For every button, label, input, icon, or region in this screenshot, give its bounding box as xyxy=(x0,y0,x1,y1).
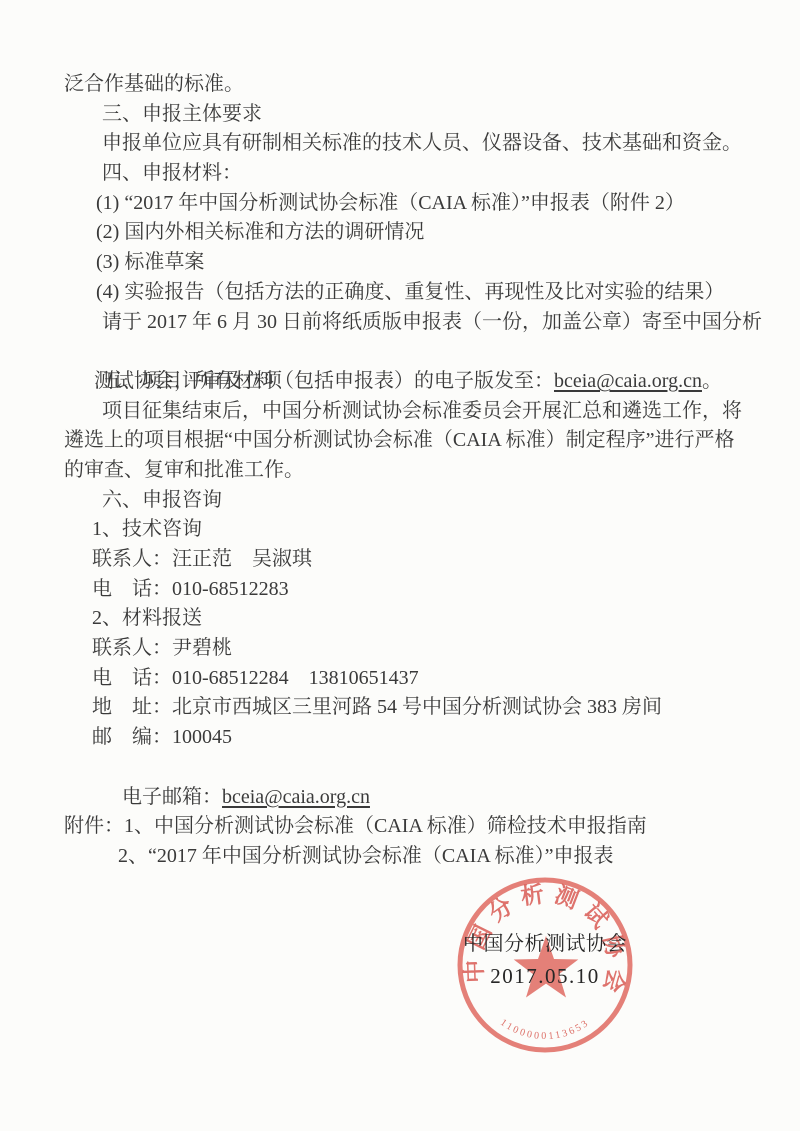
postcode-line: 邮 编：100045 xyxy=(64,723,762,753)
document-body: 泛合作基础的标准。 三、申报主体要求 申报单位应具有研制相关标准的技术人员、仪器… xyxy=(64,70,762,872)
material-submit-phone: 电 话：010-68512284 13810651437 xyxy=(64,664,762,694)
attachment-list-line-2: 2、“2017 年中国分析测试协会标准（CAIA 标准）”申报表 xyxy=(64,842,762,872)
material-item-3: (3) 标准草案 xyxy=(64,248,762,278)
section-3-text: 申报单位应具有研制相关标准的技术人员、仪器设备、技术基础和资金。 xyxy=(64,129,762,159)
section-3-heading: 三、申报主体要求 xyxy=(64,100,762,130)
material-item-4: (4) 实验报告（包括方法的正确度、重复性、再现性及比对实验的结果） xyxy=(64,278,762,308)
tech-consult-contacts: 联系人：汪正范 吴淑琪 xyxy=(64,545,762,575)
paragraph-continuation: 泛合作基础的标准。 xyxy=(64,70,762,100)
material-submit-heading: 2、材料报送 xyxy=(64,604,762,634)
tech-consult-heading: 1、技术咨询 xyxy=(64,515,762,545)
contact-email-label: 电子邮箱： xyxy=(122,786,222,808)
material-item-1: (1) “2017 年中国分析测试协会标准（CAIA 标准）”申报表（附件 2） xyxy=(64,189,762,219)
submission-email-suffix: 。 xyxy=(702,370,722,392)
address-line: 地 址：北京市西城区三里河路 54 号中国分析测试协会 383 房间 xyxy=(64,693,762,723)
contact-email-line: 电子邮箱：bceia@caia.org.cn xyxy=(64,753,762,783)
attachment-list-line-1: 附件：1、中国分析测试协会标准（CAIA 标准）筛检技术申报指南 xyxy=(64,812,762,842)
svg-text:1100000113653: 1100000113653 xyxy=(498,1017,592,1042)
contact-email-address: bceia@caia.org.cn xyxy=(222,786,370,808)
submission-deadline-line: 请于 2017 年 6 月 30 日前将纸质版申报表（一份，加盖公章）寄至中国分… xyxy=(64,308,762,338)
seal-serial-number: 1100000113653 xyxy=(498,1017,592,1042)
material-submit-contact: 联系人：尹碧桃 xyxy=(64,634,762,664)
tech-consult-phone: 电 话：010-68512283 xyxy=(64,575,762,605)
section-4-heading: 四、申报材料： xyxy=(64,159,762,189)
scanned-document-page: 泛合作基础的标准。 三、申报主体要求 申报单位应具有研制相关标准的技术人员、仪器… xyxy=(0,0,800,1131)
submission-email-address: bceia@caia.org.cn xyxy=(554,370,702,392)
seal-date-overprint: 2017.05.10 xyxy=(450,965,640,988)
submission-email-line: 测试协会，所有材料（包括申报表）的电子版发至：bceia@caia.org.cn… xyxy=(64,337,762,367)
section-6-heading: 六、申报咨询 xyxy=(64,486,762,516)
seal-org-name-overprint: 中国分析测试协会 xyxy=(435,933,655,955)
section-5-text-line-2: 遴选上的项目根据“中国分析测试协会标准（CAIA 标准）制定程序”进行严格 xyxy=(64,426,762,456)
official-seal: 中国分析测试协会 1100000113653 中国分析测试协会 2017.05.… xyxy=(450,870,640,1060)
section-5-text-line-3: 的审查、复审和批准工作。 xyxy=(64,456,762,486)
material-item-2: (2) 国内外相关标准和方法的调研情况 xyxy=(64,218,762,248)
section-5-text-line-1: 项目征集结束后，中国分析测试协会标准委员会开展汇总和遴选工作，将 xyxy=(64,397,762,427)
